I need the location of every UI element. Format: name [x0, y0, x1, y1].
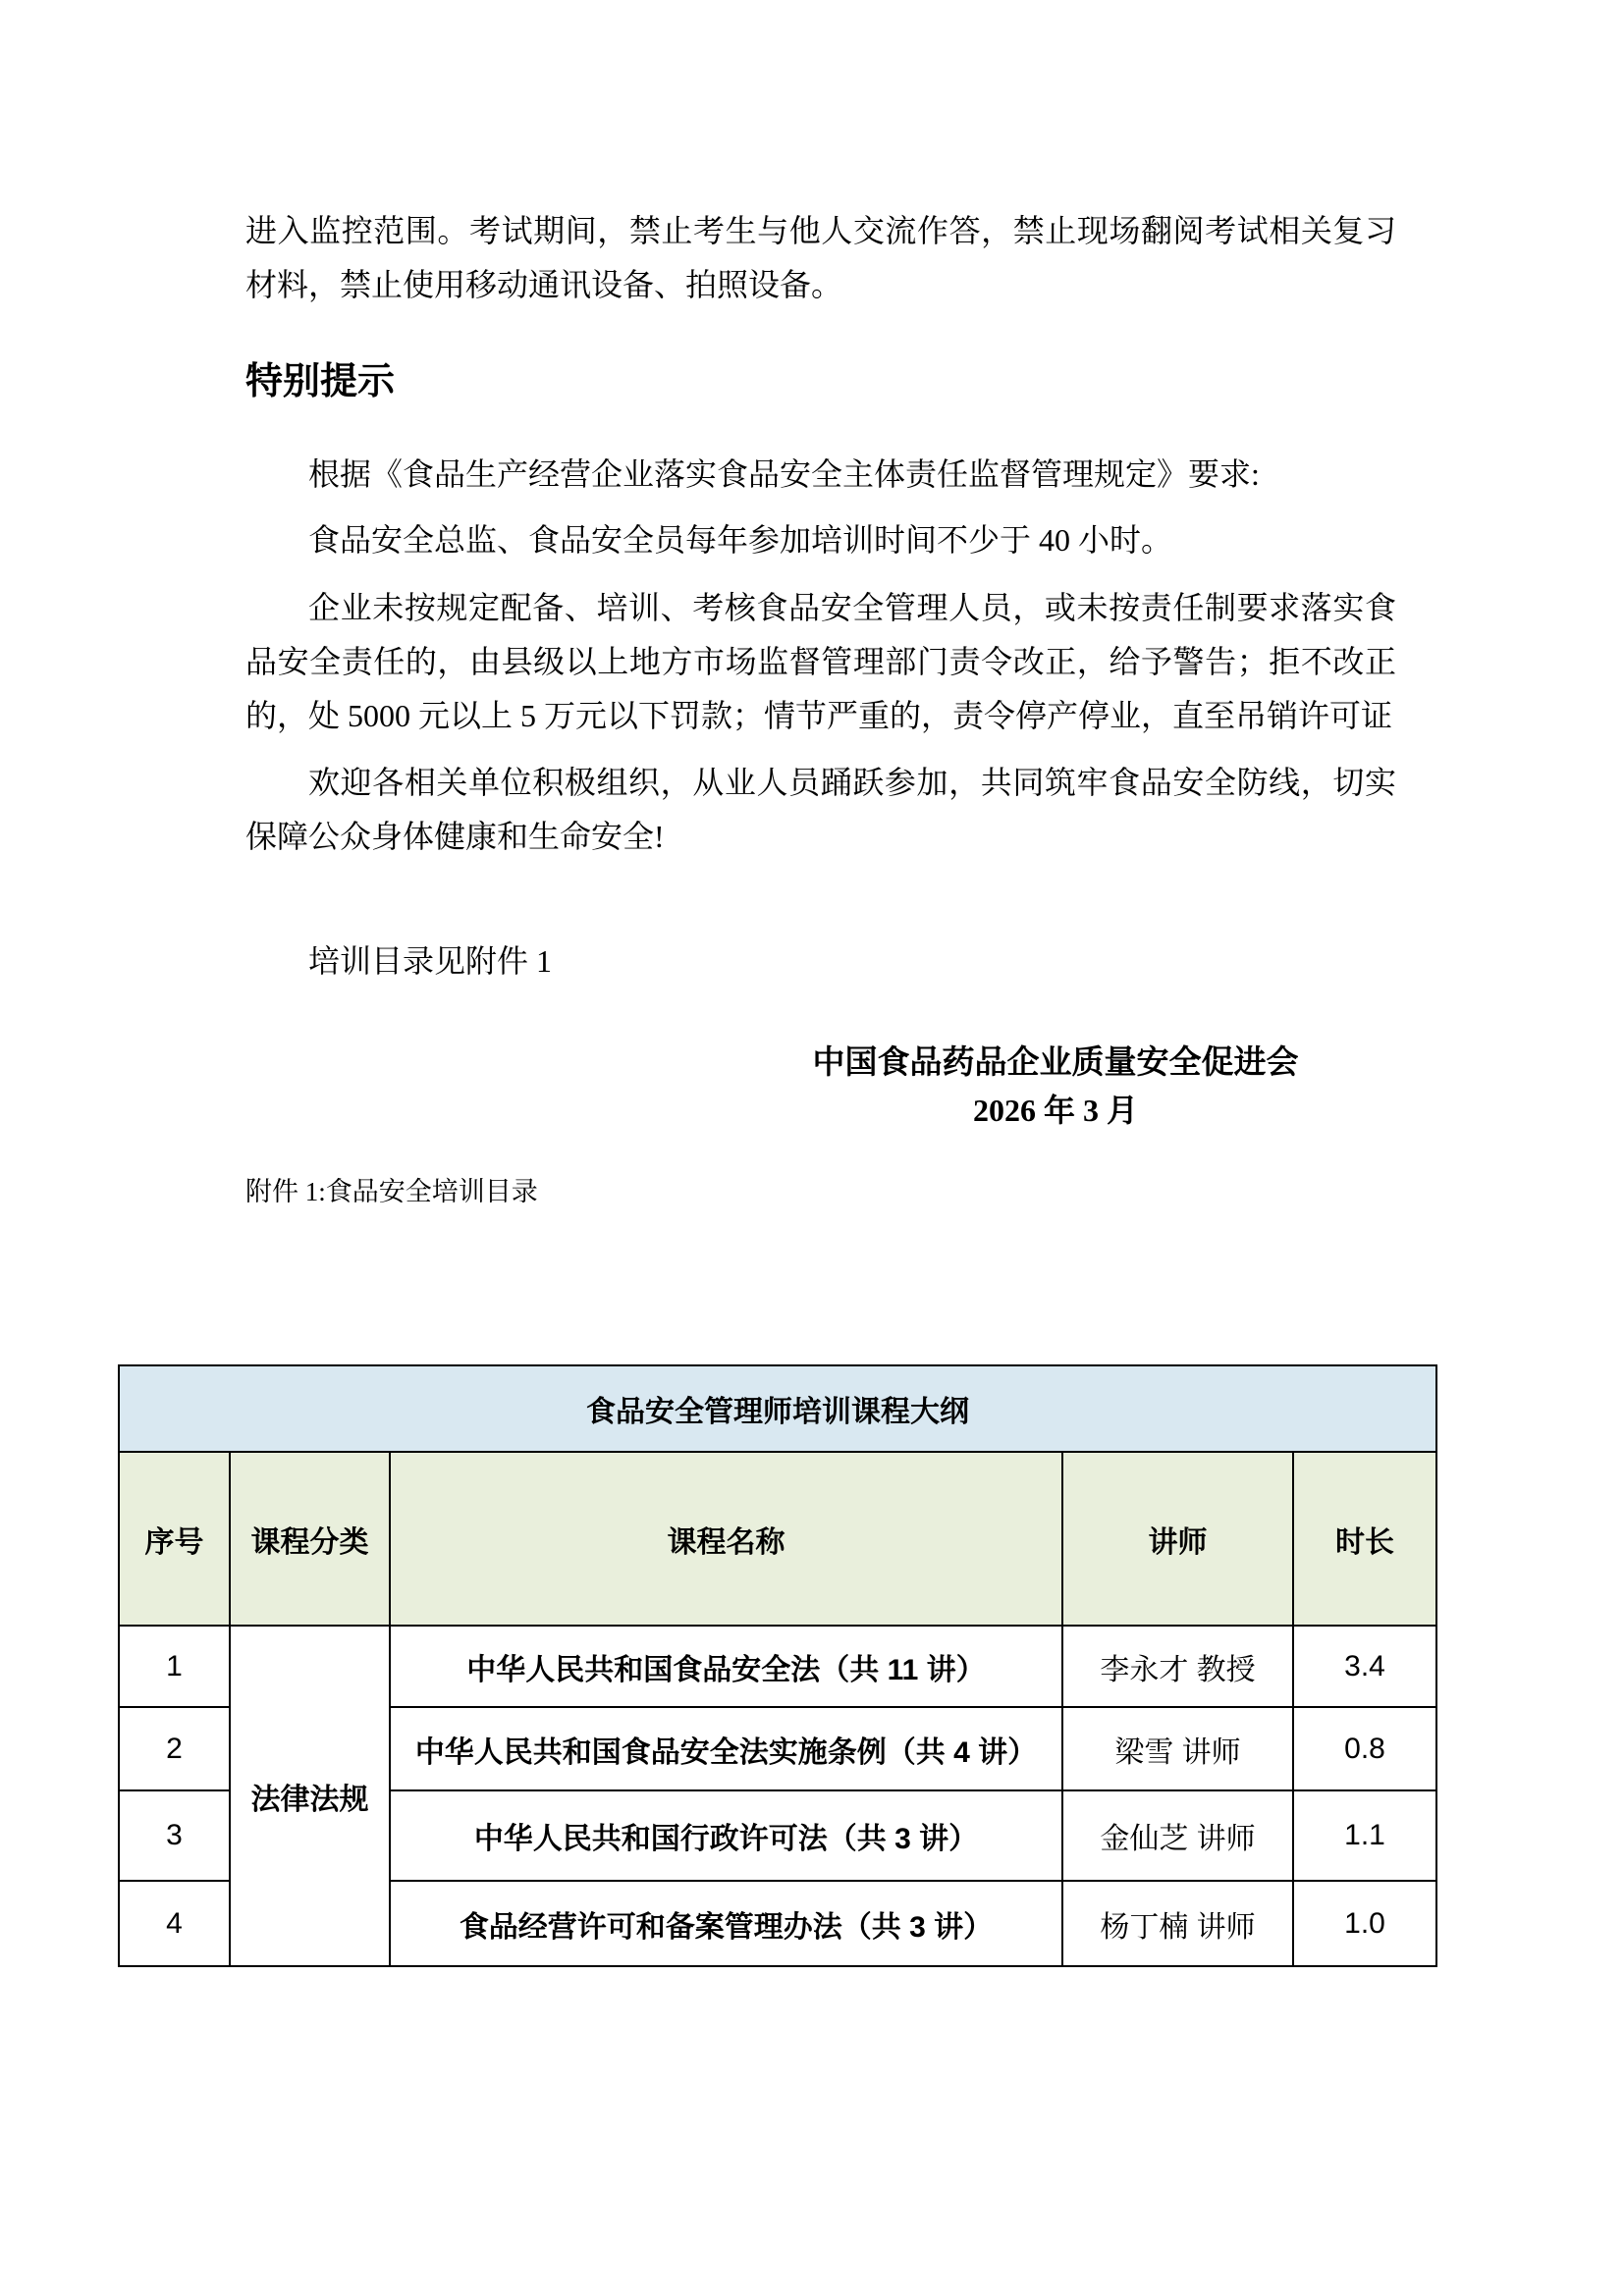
column-header-duration: 时长: [1293, 1452, 1436, 1626]
body-paragraph-penalties: 企业未按规定配备、培训、考核食品安全管理人员，或未按责任制要求落实食品安全责任的…: [245, 581, 1396, 743]
signature-date: 2026 年 3 月: [805, 1087, 1306, 1134]
course-name: 食品经营许可和备案管理办法（共 3 讲）: [390, 1881, 1062, 1966]
table-row: 1 法律法规 中华人民共和国食品安全法（共 11 讲） 李永才 教授 3.4: [119, 1626, 1436, 1707]
lecturer-name: 李永才 教授: [1062, 1626, 1293, 1707]
table-title: 食品安全管理师培训课程大纲: [119, 1365, 1436, 1452]
attachment-note: 培训目录见附件 1: [245, 934, 1396, 988]
row-number: 1: [119, 1626, 230, 1707]
intro-paragraph: 进入监控范围。考试期间，禁止考生与他人交流作答，禁止现场翻阅考试相关复习材料，禁…: [245, 204, 1396, 312]
course-name: 中华人民共和国行政许可法（共 3 讲）: [390, 1790, 1062, 1881]
body-paragraph-training-hours: 食品安全总监、食品安全员每年参加培训时间不少于 40 小时。: [245, 513, 1396, 567]
course-duration: 0.8: [1293, 1707, 1436, 1790]
body-paragraph-welcome: 欢迎各相关单位积极组织，从业人员踊跃参加，共同筑牢食品安全防线，切实保障公众身体…: [245, 756, 1396, 864]
lecturer-name: 杨丁楠 讲师: [1062, 1881, 1293, 1966]
course-name: 中华人民共和国食品安全法实施条例（共 4 讲）: [390, 1707, 1062, 1790]
course-duration: 1.0: [1293, 1881, 1436, 1966]
course-name: 中华人民共和国食品安全法（共 11 讲）: [390, 1626, 1062, 1707]
row-number: 2: [119, 1707, 230, 1790]
course-duration: 3.4: [1293, 1626, 1436, 1707]
column-header-course-name: 课程名称: [390, 1452, 1062, 1626]
column-header-no: 序号: [119, 1452, 230, 1626]
lecturer-name: 金仙芝 讲师: [1062, 1790, 1293, 1881]
category-cell-laws: 法律法规: [230, 1626, 390, 1966]
signature-block: 中国食品药品企业质量安全促进会 2026 年 3 月: [805, 1040, 1306, 1134]
signature-organization: 中国食品药品企业质量安全促进会: [805, 1040, 1306, 1087]
row-number: 3: [119, 1790, 230, 1881]
column-header-lecturer: 讲师: [1062, 1452, 1293, 1626]
section-heading-special-notice: 特别提示: [245, 359, 1396, 404]
body-paragraph-regulation-basis: 根据《食品生产经营企业落实食品安全主体责任监督管理规定》要求:: [245, 448, 1396, 502]
row-number: 4: [119, 1881, 230, 1966]
document-page: 进入监控范围。考试期间，禁止考生与他人交流作答，禁止现场翻阅考试相关复习材料，禁…: [0, 0, 1624, 2296]
table-header-row: 序号 课程分类 课程名称 讲师 时长: [119, 1452, 1436, 1626]
course-outline-table: 食品安全管理师培训课程大纲 序号 课程分类 课程名称 讲师 时长 1 法律法规 …: [118, 1364, 1437, 1967]
table-title-row: 食品安全管理师培训课程大纲: [119, 1365, 1436, 1452]
course-duration: 1.1: [1293, 1790, 1436, 1881]
attachment-label: 附件 1:食品安全培训目录: [245, 1175, 1396, 1208]
lecturer-name: 梁雪 讲师: [1062, 1707, 1293, 1790]
column-header-category: 课程分类: [230, 1452, 390, 1626]
